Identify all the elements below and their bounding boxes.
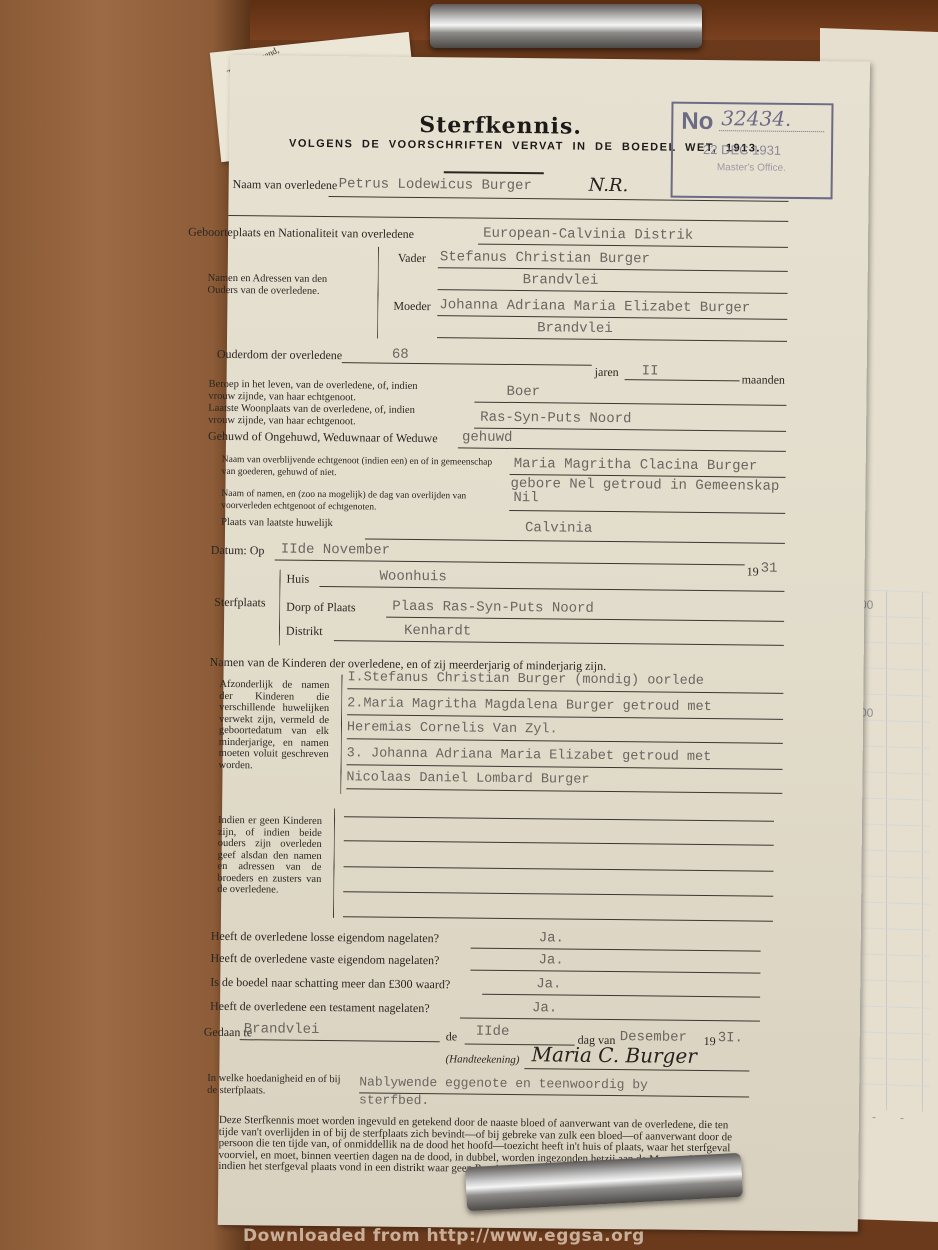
ledger-number: - xyxy=(900,1111,904,1125)
predeceased-value: Nil xyxy=(513,490,538,506)
marital-value: gehuwd xyxy=(462,429,513,446)
parents-label: Namen en Adressen van den Ouders van de … xyxy=(207,273,357,298)
will-value: Ja. xyxy=(532,1000,557,1016)
marriage-place-value: Calvinia xyxy=(525,520,592,537)
death-town: Plaas Ras-Syn-Puts Noord xyxy=(392,599,594,617)
death-house: Woonhuis xyxy=(379,569,446,586)
capacity-label: In welke hoedanigheid en of bij de sterf… xyxy=(207,1073,347,1097)
death-date-value: IIde November xyxy=(281,542,390,559)
age-months: II xyxy=(642,363,659,379)
predeceased-label: Naam of namen, en (zoo na mogelijk) de d… xyxy=(221,489,501,515)
residence-value: Ras-Syn-Puts Noord xyxy=(480,410,631,428)
title-rule xyxy=(444,171,544,174)
stamp-office: Master's Office. xyxy=(717,162,786,174)
residence-label: Laatste Woonplaats van de overledene, of… xyxy=(208,403,438,428)
child-line: Nicolaas Daniel Lombard Burger xyxy=(346,770,589,788)
name-label: Naam van overledene xyxy=(233,177,338,193)
estate-number: 32434. xyxy=(721,106,791,131)
stamp-date: 22 DEC 1931 xyxy=(703,142,781,158)
top-binder-clip xyxy=(430,4,702,48)
death-notice-form: Sterfkennis. VOLGENS DE VOORSCHRIFTEN VE… xyxy=(218,55,870,1232)
age-years: 68 xyxy=(392,347,409,363)
signed-day: IIde xyxy=(476,1024,510,1040)
mother-address: Brandvlei xyxy=(537,320,613,337)
signed-year: 3I. xyxy=(718,1030,743,1046)
birthplace-label: Geboorteplaats en Nationaliteit van over… xyxy=(188,225,414,242)
death-year: 31 xyxy=(761,561,778,577)
spouse-label: Naam van overblijvende echtgenoot (indie… xyxy=(222,455,502,481)
signature: Maria C. Burger xyxy=(531,1042,697,1068)
movable-property-value: Ja. xyxy=(539,930,564,946)
children-list: I.Stefanus Christian Burger (mondig) oor… xyxy=(230,55,870,62)
will-label: Heeft de overledene een testament nagela… xyxy=(210,999,430,1016)
occupation-value: Boer xyxy=(506,384,540,400)
immovable-property-value: Ja. xyxy=(538,952,563,968)
form-title: Sterfkennis. xyxy=(419,112,582,140)
name-annotation: N.R. xyxy=(589,175,629,196)
marital-label: Gehuwd of Ongehuwd, Weduwnaar of Weduwe xyxy=(208,429,438,446)
child-line: 3. Johanna Adriana Maria Elizabet getrou… xyxy=(347,746,712,765)
spouse-name: Maria Magritha Clacina Burger xyxy=(514,456,758,475)
father-name: Stefanus Christian Burger xyxy=(440,249,650,267)
age-label: Ouderdom der overledene xyxy=(217,347,342,363)
death-district: Kenhardt xyxy=(404,623,471,640)
occupation-label: Beroep in het leven, van de overledene, … xyxy=(208,379,438,404)
child-line: Heremias Cornelis Van Zyl. xyxy=(347,720,558,737)
estate-value-label: Is de boedel naar schatting meer dan £30… xyxy=(210,975,450,993)
no-children-label: Indien er geen Kinderen zijn, of indien … xyxy=(217,815,322,897)
children-label: Afzonderlijk de namen der Kinderen die v… xyxy=(219,679,330,772)
download-watermark: Downloaded from http://www.eggsa.org xyxy=(243,1226,645,1246)
marriage-place-label: Plaats van laatste huwelijk xyxy=(221,517,333,529)
child-line: 2.Maria Magritha Magdalena Burger getrou… xyxy=(347,696,712,715)
capacity-value-cont: sterfbed. xyxy=(359,1092,429,1108)
signed-place: Brandvlei xyxy=(244,1021,320,1038)
movable-property-label: Heeft de overledene losse eigendom nagel… xyxy=(211,929,439,946)
child-line: I.Stefanus Christian Burger (mondig) oor… xyxy=(347,670,704,689)
spouse-detail: gebore Nel getroud in Gemeenskap xyxy=(510,476,779,495)
masters-office-stamp: No 32434. 22 DEC 1931 Master's Office. xyxy=(671,102,834,200)
mother-name: Johanna Adriana Maria Elizabet Burger xyxy=(439,297,750,316)
estate-value-value: Ja. xyxy=(536,976,561,992)
capacity-value: Nablywende eggenote en teenwoordig by xyxy=(359,1074,648,1092)
deceased-name: Petrus Lodewicus Burger xyxy=(339,176,532,194)
immovable-property-label: Heeft de overledene vaste eigendom nagel… xyxy=(210,951,439,968)
death-date-label: Datum: Op xyxy=(211,543,265,559)
cardboard-folder xyxy=(0,0,250,1250)
death-place-label: Sterfplaats xyxy=(214,595,265,611)
ledger-number: - xyxy=(872,1110,876,1124)
birthplace-value: European-Calvinia Distrik xyxy=(483,226,693,244)
father-address: Brandvlei xyxy=(523,272,599,289)
